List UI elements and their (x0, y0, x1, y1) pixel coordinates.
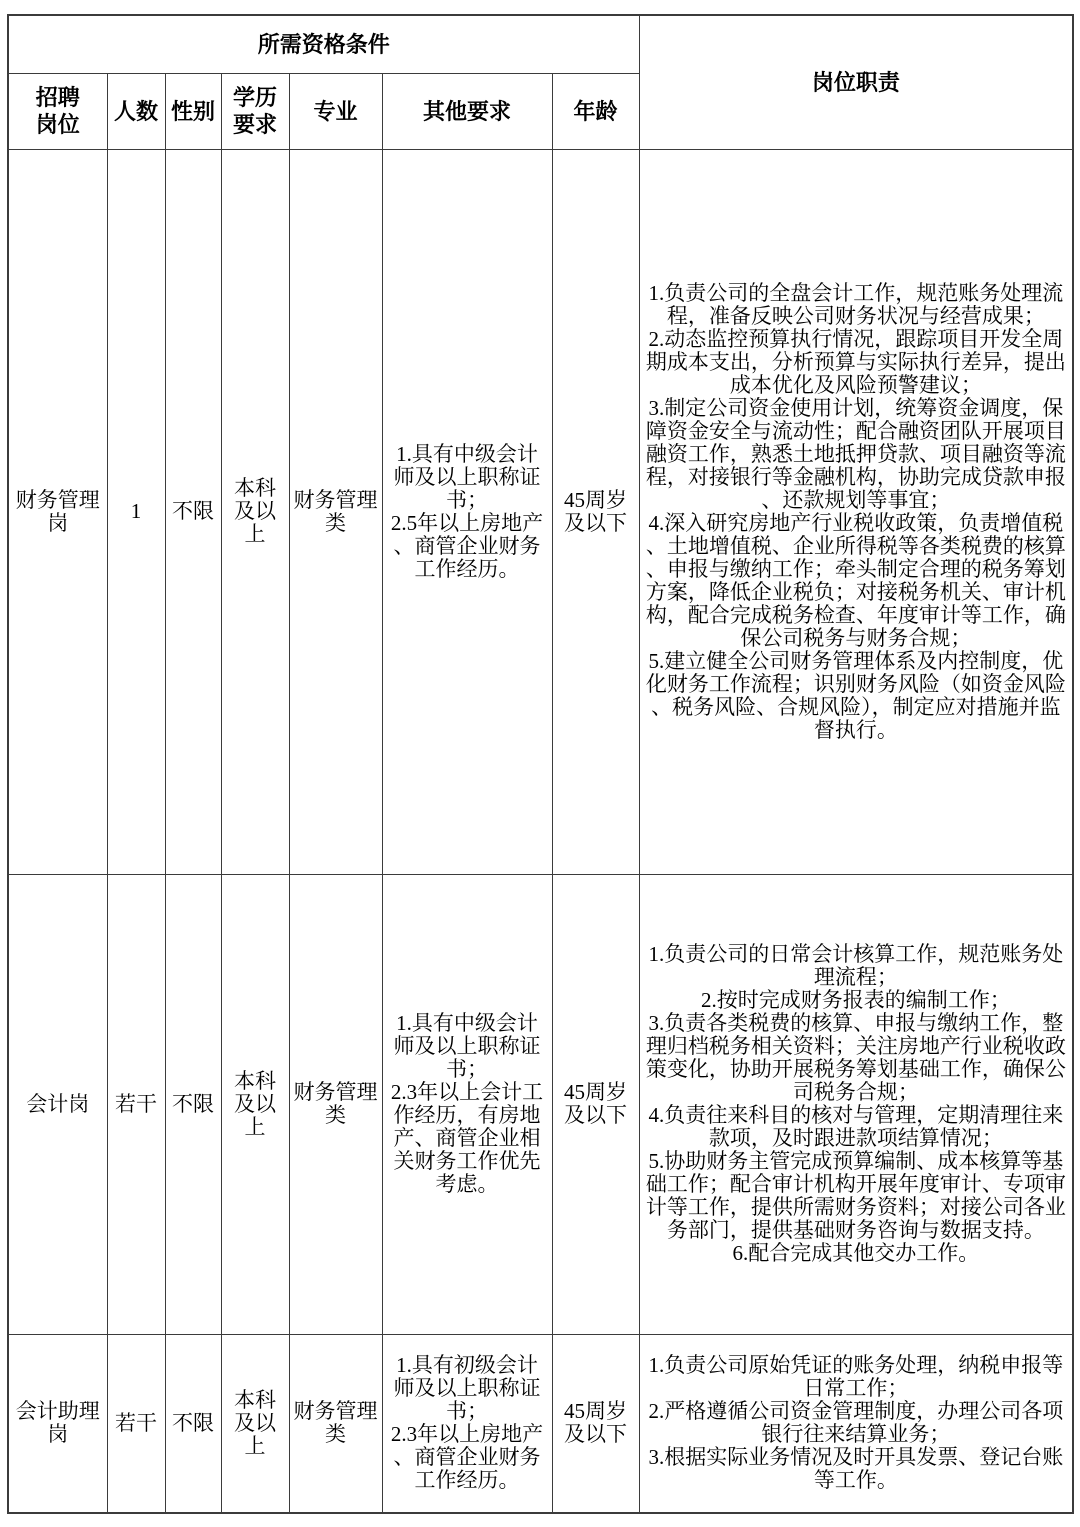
responsibilities-cell: 1.负责公司的日常会计核算工作，规范账务处理流程； 2.按时完成财务报表的编制工… (639, 874, 1073, 1334)
table-row: 所需资格条件 岗位职责 (8, 15, 1073, 73)
headcount-cell: 若干 (107, 874, 165, 1334)
age-cell: 45周岁及以下 (552, 149, 639, 874)
col-header-position: 招聘岗位 (8, 73, 107, 149)
gender-cell: 不限 (165, 1334, 221, 1513)
headcount-cell: 若干 (107, 1334, 165, 1513)
position-cell: 会计助理岗 (8, 1334, 107, 1513)
col-header-position-label: 招聘岗位 (34, 84, 81, 138)
other-requirements-cell: 1.具有中级会计师及以上职称证书； 2.3年以上会计工作经历，有房地产、商管企业… (382, 874, 552, 1334)
major-cell: 财务管理类 (289, 149, 382, 874)
responsibilities-cell: 1.负责公司原始凭证的账务处理，纳税申报等日常工作； 2.严格遵循公司资金管理制… (639, 1334, 1073, 1513)
col-header-other-requirements: 其他要求 (382, 73, 552, 149)
col-header-headcount: 人数 (107, 73, 165, 149)
other-requirements-cell: 1.具有初级会计师及以上职称证书； 2.3年以上房地产、商管企业财务工作经历。 (382, 1334, 552, 1513)
gender-cell: 不限 (165, 149, 221, 874)
table-row: 会计岗 若干 不限 本科及以上 财务管理类 1.具有中级会计师及以上职称证书； … (8, 874, 1073, 1334)
col-header-education-label: 学历要求 (231, 84, 278, 138)
position-cell: 会计岗 (8, 874, 107, 1334)
table-row: 会计助理岗 若干 不限 本科及以上 财务管理类 1.具有初级会计师及以上职称证书… (8, 1334, 1073, 1513)
other-requirements-cell: 1.具有中级会计师及以上职称证书； 2.5年以上房地产、商管企业财务工作经历。 (382, 149, 552, 874)
table-row: 财务管理岗 1 不限 本科及以上 财务管理类 1.具有中级会计师及以上职称证书；… (8, 149, 1073, 874)
responsibilities-header: 岗位职责 (639, 15, 1073, 149)
col-header-gender: 性别 (165, 73, 221, 149)
age-cell: 45周岁及以下 (552, 874, 639, 1334)
education-cell: 本科及以上 (221, 874, 289, 1334)
col-header-major: 专业 (289, 73, 382, 149)
headcount-cell: 1 (107, 149, 165, 874)
major-cell: 财务管理类 (289, 1334, 382, 1513)
education-cell: 本科及以上 (221, 1334, 289, 1513)
education-cell: 本科及以上 (221, 149, 289, 874)
position-cell: 财务管理岗 (8, 149, 107, 874)
major-cell: 财务管理类 (289, 874, 382, 1334)
responsibilities-cell: 1.负责公司的全盘会计工作，规范账务处理流程，准备反映公司财务状况与经营成果； … (639, 149, 1073, 874)
recruitment-table: 所需资格条件 岗位职责 招聘岗位 人数 性别 学历要求 专业 其他要求 年龄 财… (7, 14, 1074, 1514)
qualifications-group-header: 所需资格条件 (8, 15, 639, 73)
col-header-education: 学历要求 (221, 73, 289, 149)
gender-cell: 不限 (165, 874, 221, 1334)
col-header-age: 年龄 (552, 73, 639, 149)
age-cell: 45周岁及以下 (552, 1334, 639, 1513)
